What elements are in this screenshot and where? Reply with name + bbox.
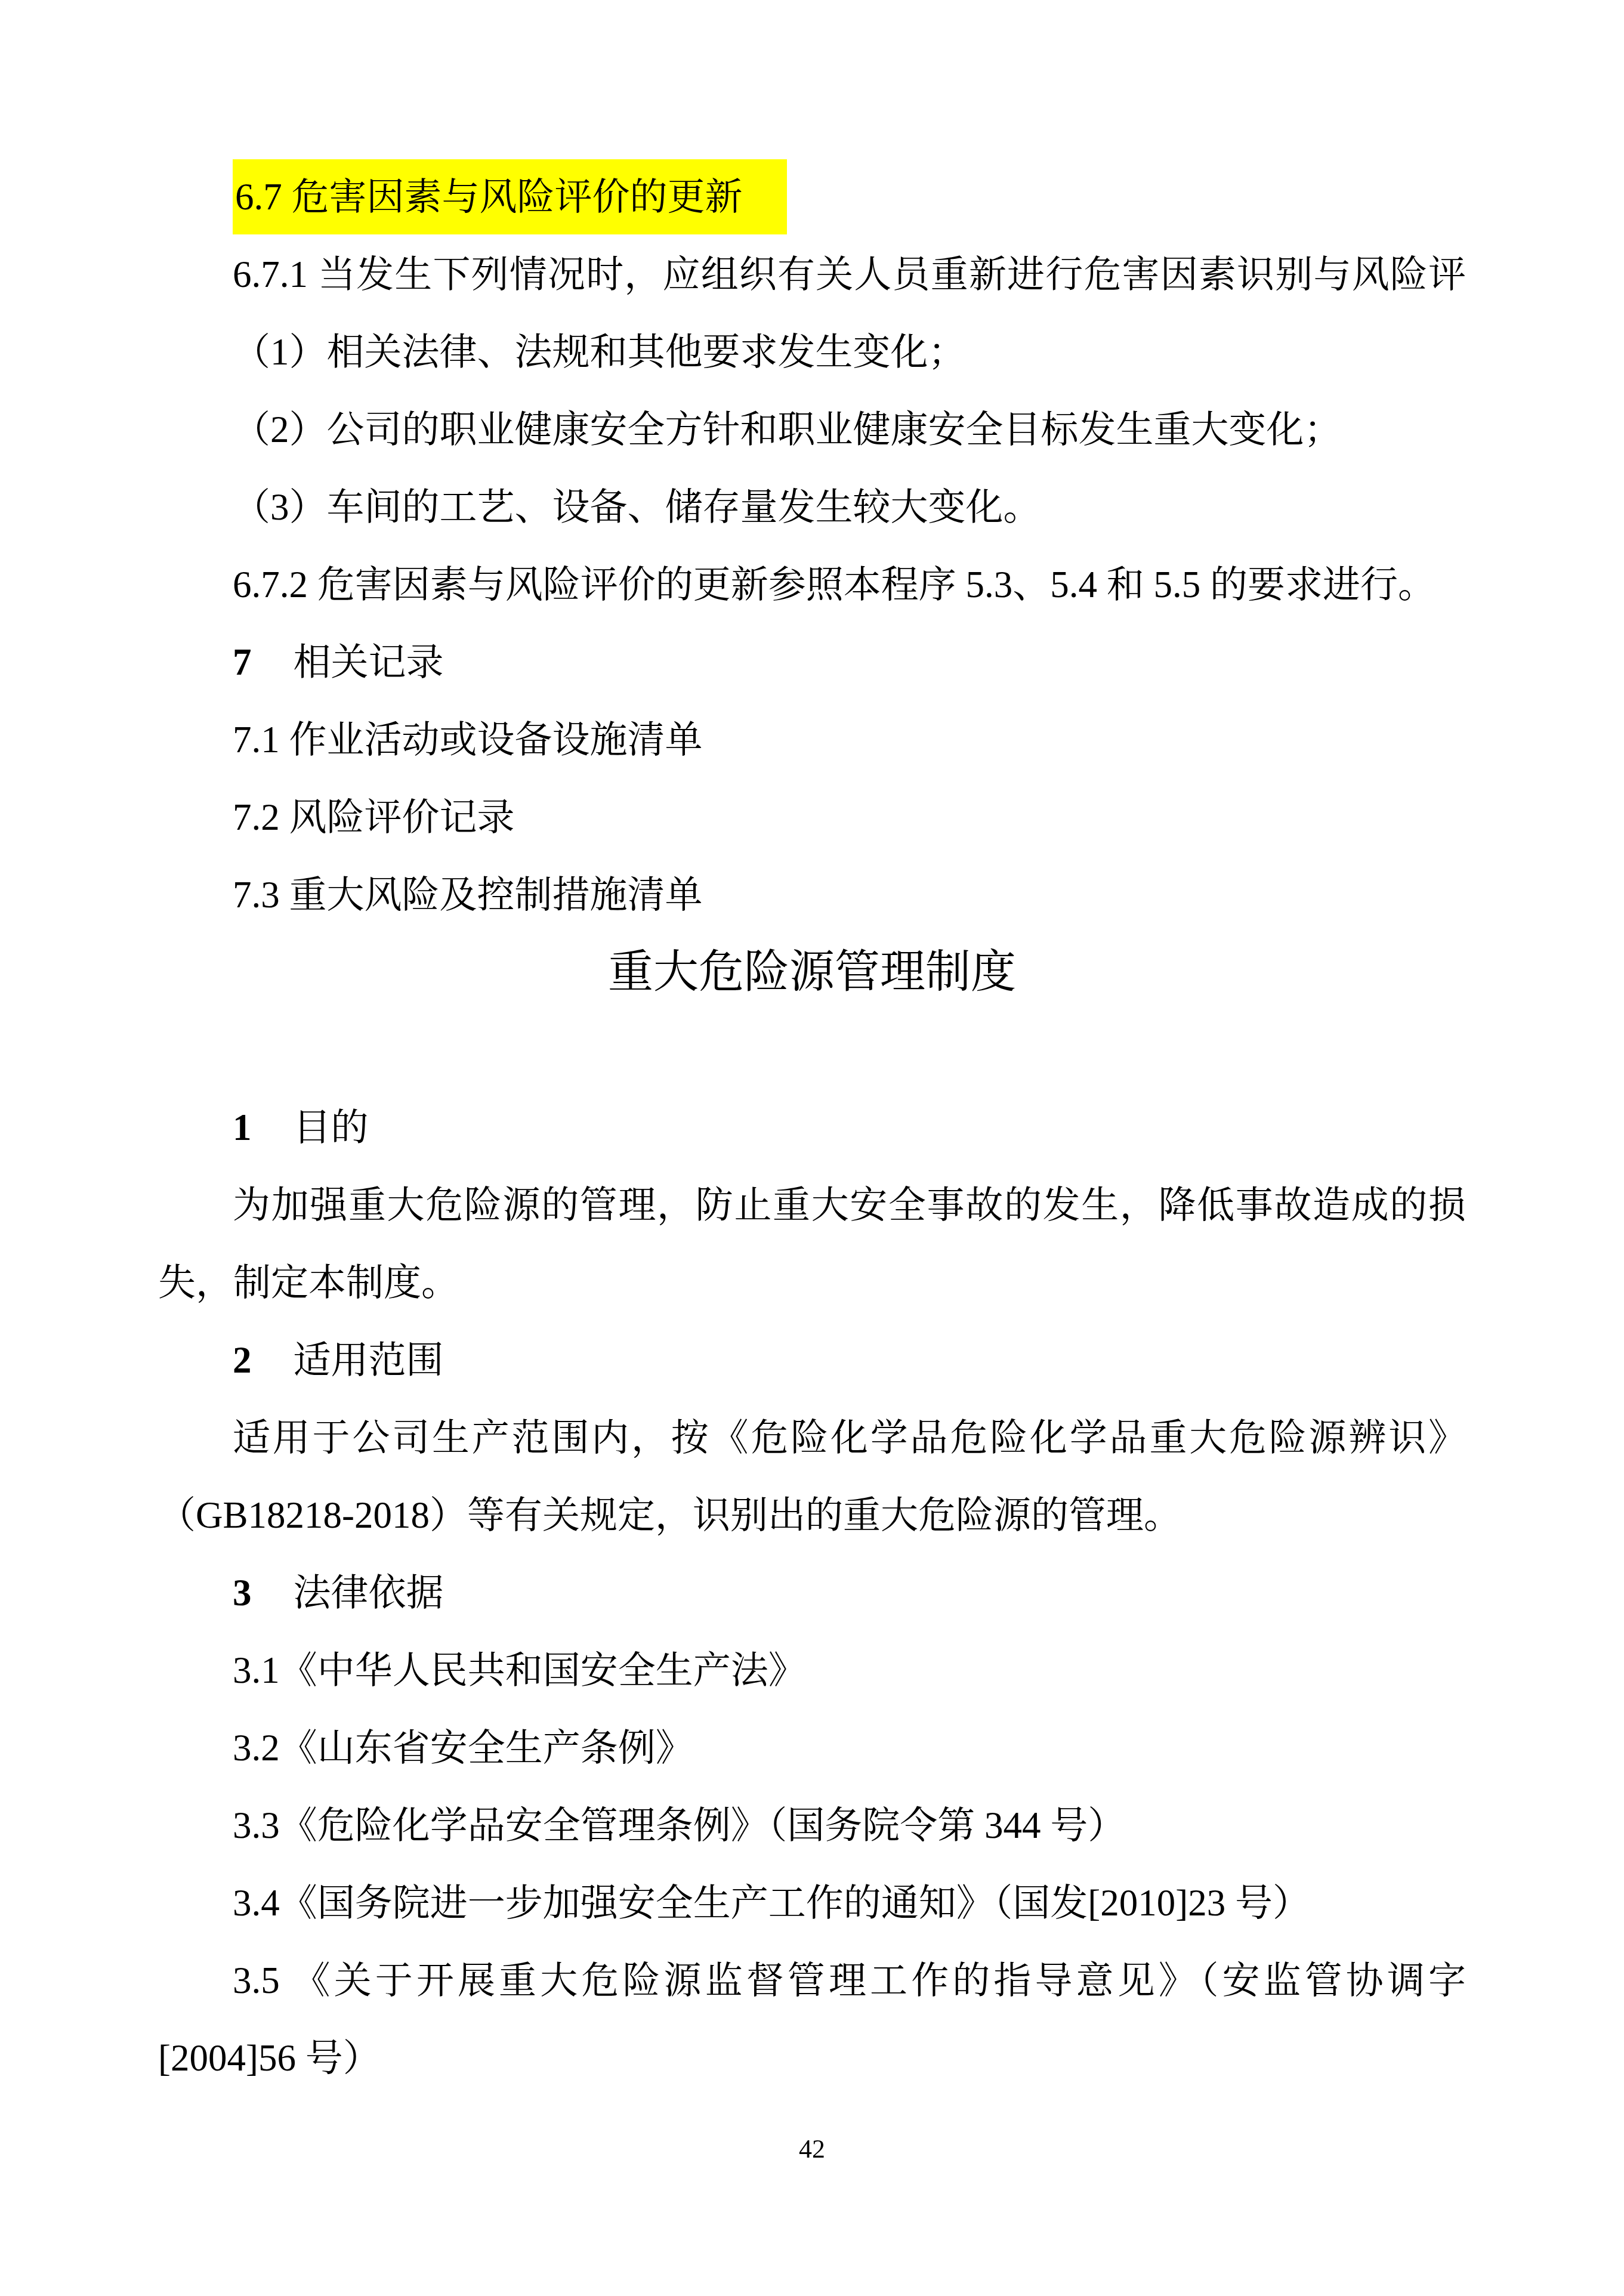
section-7-title: 相关记录 [294,641,444,683]
section-2-number: 2 [233,1339,252,1381]
document-page: 6.7 危害因素与风险评价的更新 6.7.1 当发生下列情况时，应组织有关人员重… [0,0,1624,2296]
para-scope-line-1: 适用于公司生产范围内，按《危险化学品危险化学品重大危险源辨识》 [158,1399,1466,1476]
section-7-number: 7 [233,641,252,683]
list-item-2: （2）公司的职业健康安全方针和职业健康安全目标发生重大变化； [158,391,1466,468]
item-7-2: 7.2 风险评价记录 [158,778,1466,856]
section-7-heading: 7相关记录 [158,623,1466,701]
document-title: 重大危险源管理制度 [158,934,1466,1011]
section-1-title: 目的 [294,1107,369,1148]
section-2-title: 适用范围 [294,1339,444,1381]
section-3-heading: 3法律依据 [158,1554,1466,1631]
section-2-heading: 2适用范围 [158,1321,1466,1399]
para-6-7-1: 6.7.1 当发生下列情况时，应组织有关人员重新进行危害因素识别与风险评价: [158,236,1466,313]
section-3-number: 3 [233,1572,252,1614]
list-item-1: （1）相关法律、法规和其他要求发生变化； [158,313,1466,391]
ref-3-5-line-1: 3.5 《关于开展重大危险源监督管理工作的指导意见》（安监管协调字 [158,1942,1466,2019]
section-3-title: 法律依据 [294,1572,444,1614]
page-number: 42 [158,2116,1466,2182]
ref-3-5-line-2: [2004]56 号） [158,2019,1466,2097]
ref-3-1: 3.1《中华人民共和国安全生产法》 [158,1631,1466,1709]
section-1-number: 1 [233,1107,252,1148]
highlighted-text: 6.7 危害因素与风险评价的更新 [233,159,787,234]
ref-3-4: 3.4《国务院进一步加强安全生产工作的通知》（国发[2010]23 号） [158,1864,1466,1942]
ref-3-3: 3.3《危险化学品安全管理条例》（国务院令第 344 号） [158,1787,1466,1864]
list-item-3: （3）车间的工艺、设备、储存量发生较大变化。 [158,468,1466,546]
blank-line [158,1011,1466,1089]
para-purpose-line-1: 为加强重大危险源的管理，防止重大安全事故的发生，降低事故造成的损 [158,1166,1466,1244]
para-scope-line-2: （GB18218-2018）等有关规定，识别出的重大危险源的管理。 [158,1476,1466,1554]
para-purpose-line-2: 失，制定本制度。 [158,1244,1466,1321]
heading-6-7-highlighted: 6.7 危害因素与风险评价的更新 [158,158,1466,236]
document-body: 6.7 危害因素与风险评价的更新 6.7.1 当发生下列情况时，应组织有关人员重… [158,158,1466,2097]
ref-3-2: 3.2《山东省安全生产条例》 [158,1709,1466,1787]
item-7-1: 7.1 作业活动或设备设施清单 [158,701,1466,778]
para-6-7-2: 6.7.2 危害因素与风险评价的更新参照本程序 5.3、5.4 和 5.5 的要… [158,546,1466,623]
section-1-heading: 1目的 [158,1089,1466,1166]
item-7-3: 7.3 重大风险及控制措施清单 [158,856,1466,934]
